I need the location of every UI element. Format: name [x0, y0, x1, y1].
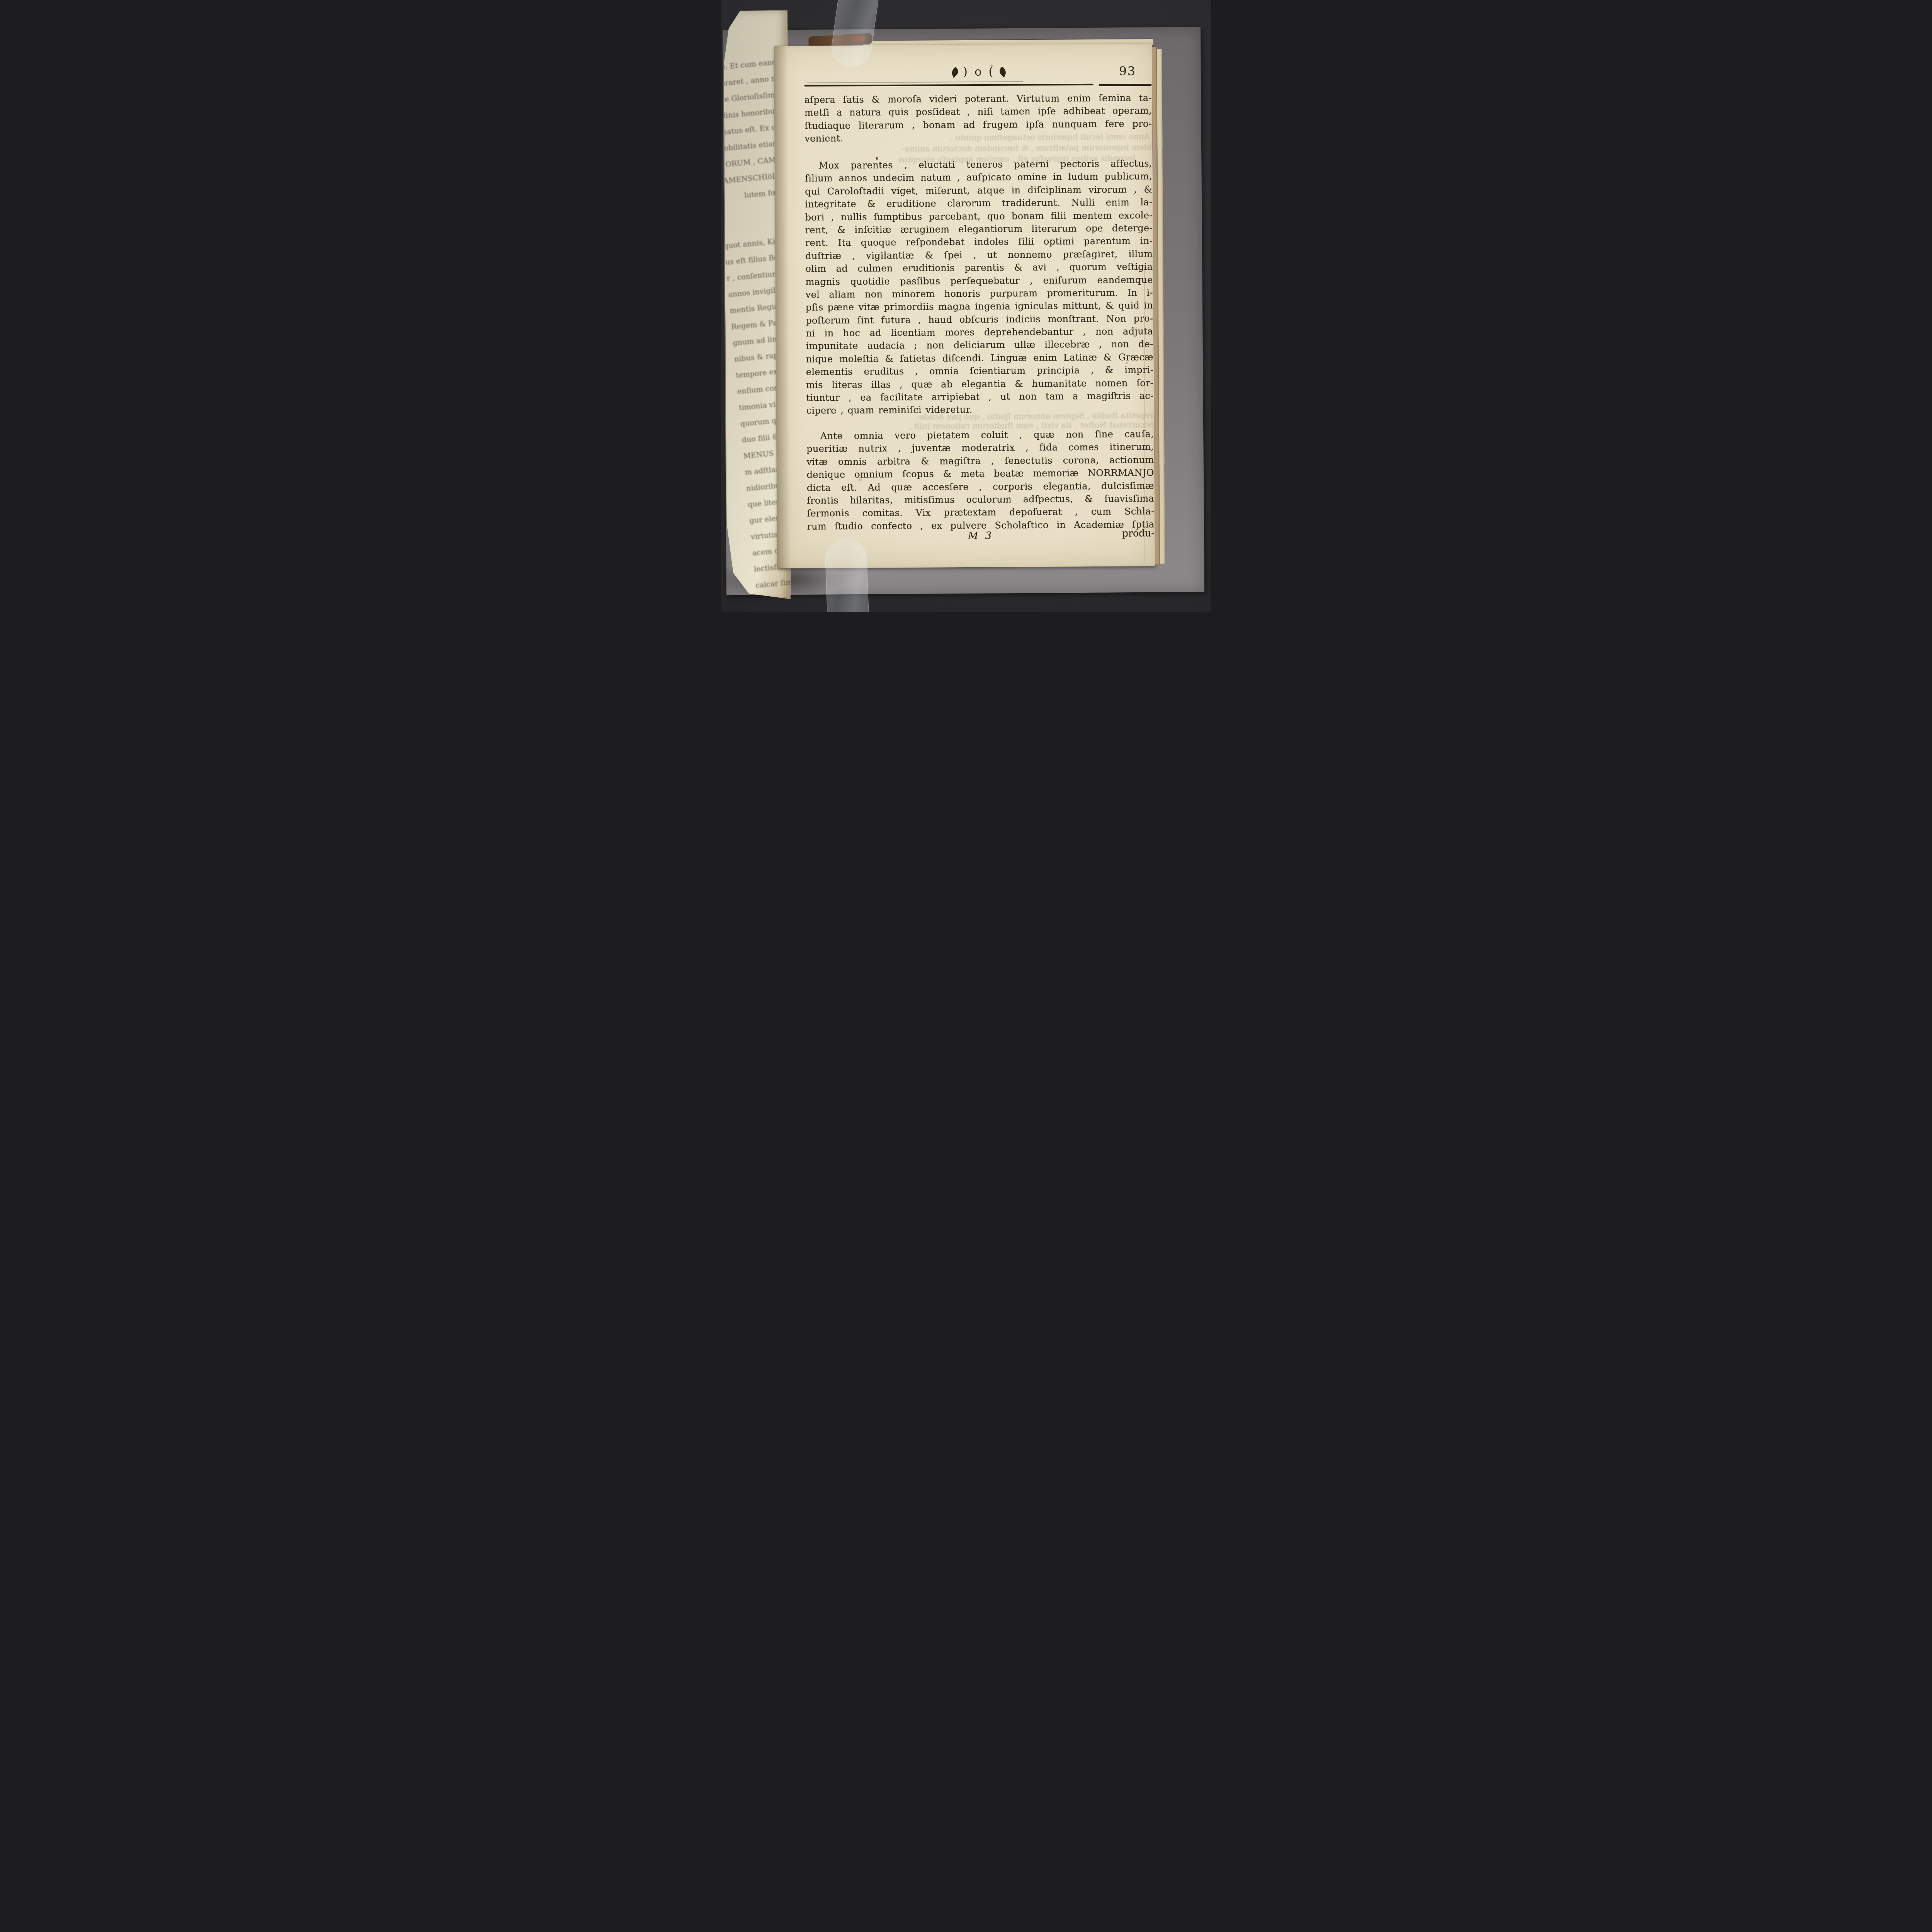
ornament-brackets: ) o (	[963, 65, 995, 79]
text-line: ſermonis comitas. Vix prætextam depoſuer…	[807, 505, 1154, 520]
paragraph-2: Mox parentes , eluctati teneros paterni …	[805, 157, 1154, 417]
text-line: nique moleſtia & ſatietas diſcendi. Ling…	[806, 351, 1153, 366]
text-line: tiuntur , ea facilitate arripiebat , ut …	[806, 389, 1153, 405]
text-line: vel aliam non minorem honoris purpuram p…	[806, 286, 1153, 301]
photographed-book-scene: e. Et cum eandemechraret , anno milleReg…	[721, 0, 1211, 612]
fleuron-left-icon	[950, 66, 960, 79]
text-line: rent, & inſcitiæ æruginem elegantiorum l…	[805, 222, 1153, 237]
text-line: Mox parentes , eluctati teneros paterni …	[805, 157, 1152, 172]
text-line: pſis pæne vitæ primordiis magna ingenia …	[806, 299, 1153, 314]
foxing-spot	[990, 65, 993, 67]
holding-strap-bottom	[825, 539, 869, 612]
text-line: metſi a natura quis posſideat , niſi tam…	[804, 104, 1152, 119]
text-line: olim ad culmen eruditionis parentis & av…	[805, 260, 1153, 276]
page-number: 93	[1119, 64, 1136, 78]
header-ornament: ) o (	[925, 63, 1033, 82]
text-line: Ante omnia vero pietatem coluit , quæ no…	[806, 428, 1154, 443]
text-line: frontis hilaritas, mitisſimus oculorum a…	[807, 492, 1154, 507]
text-line: mis literas illas , quæ ab elegantia & h…	[806, 377, 1153, 392]
text-line: magnis quotidie pasſibus perſequebatur ,…	[806, 274, 1153, 289]
text-line: qui Caroloſtadii viget, miſerunt, atque …	[805, 183, 1152, 198]
header-rule-right-segment	[1099, 84, 1152, 86]
catchword: produ-	[807, 527, 1155, 541]
text-line: ſtudiaque literarum , bonam ad frugem ip…	[804, 117, 1152, 133]
bleedthrough-line: blem ingeniorum palæſtram , & fœcundam d…	[826, 143, 1151, 155]
text-line: dicta eſt. Ad quæ accesſere , corporis e…	[807, 480, 1154, 495]
text-line: filium annos undecim natum , auſpicato o…	[805, 170, 1152, 185]
text-line: bori , nullis ſumptibus parcebant, quo b…	[805, 209, 1152, 224]
page-sheet: ) o ( 93 aſpera ſatis & moroſa videri po…	[774, 44, 1155, 568]
text-line: duſtriæ , vigilantiæ & ſpei , ut nonnemo…	[805, 248, 1153, 263]
text-line: vitæ omnis arbitra & magiſtra , ſenectut…	[806, 454, 1154, 469]
foxing-spot	[859, 478, 862, 481]
header-rule-echo	[806, 81, 1023, 83]
text-line: aſpera ſatis & moroſa videri poterant. V…	[804, 92, 1152, 107]
text-line: pueritiæ nutrix , juventæ moderatrix , f…	[806, 440, 1154, 456]
text-line: poſterum ſint futura , haud obſcuris ind…	[806, 312, 1153, 327]
text-line: elementis eruditus , omnia ſcientiarum p…	[806, 364, 1153, 379]
text-line: ni in hoc ad licentiam mores deprehendeb…	[806, 325, 1153, 340]
open-book: e. Et cum eandemechraret , anno milleReg…	[721, 0, 1211, 612]
text-line: integritate & eruditione clarorum tradid…	[805, 196, 1152, 211]
text-line: impunitate audacia ; non deliciarum ullæ…	[806, 338, 1153, 353]
text-line: rent. Ita quoque reſpondebat indoles fil…	[805, 235, 1153, 250]
foxing-spot	[1126, 362, 1128, 364]
gutter-shadow	[774, 46, 791, 568]
header-rule	[804, 84, 1094, 87]
bleedthrough-line: Anno omni ſeculi ſuperioris octuageſimo …	[833, 132, 1150, 144]
fleuron-right-icon	[997, 66, 1007, 78]
ink-fleck	[876, 157, 878, 160]
